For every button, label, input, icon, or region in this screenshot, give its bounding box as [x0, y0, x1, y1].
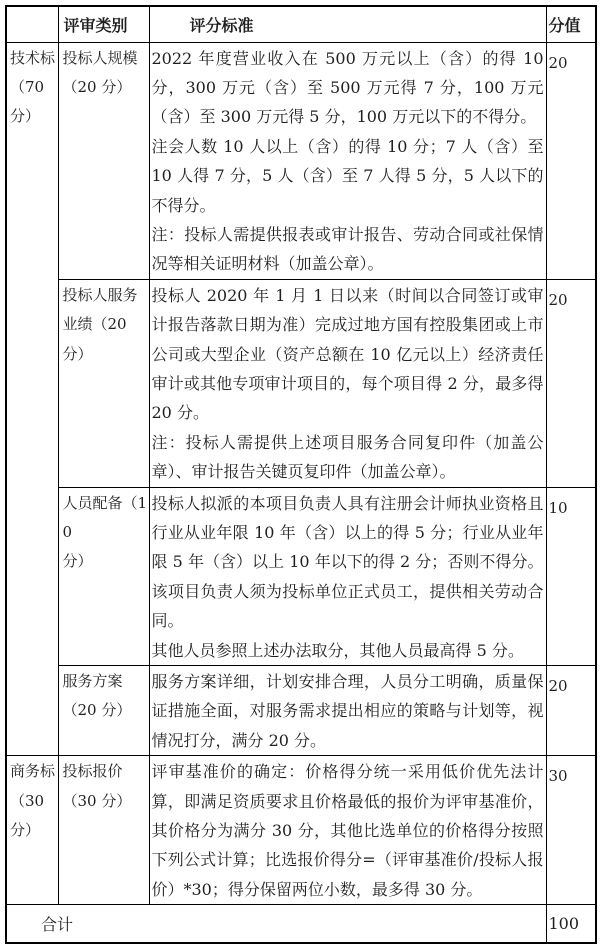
criteria-cell-staffing: 投标人拟派的本项目负责人具有注册会计师执业资格且行业从业年限 10 年（含）以上… [149, 487, 546, 665]
criteria-cell-bidder-scale: 2022 年度营业收入在 500 万元以上（含）的得 10 分，300 万元（含… [149, 42, 546, 279]
table-row-bidder-scale: 技术标 （70 分） 投标人规模 （20 分） 2022 年度营业收入在 500… [6, 42, 596, 279]
category-cell-commercial: 商务标 （30 分） [6, 756, 58, 905]
total-label: 合计 [6, 905, 546, 943]
type-cell-bidder-scale: 投标人规模 （20 分） [58, 42, 149, 279]
score-cell-bid-price: 30 [546, 756, 596, 905]
criteria-cell-bid-price: 评审基准价的确定：价格得分统一采用低价优先法计算，即满足资质要求且价格最低的报价… [149, 756, 546, 905]
document-page: 评审类别 评分标准 分值 技术标 （70 分） 投标人规模 （20 分） 202… [0, 0, 600, 849]
header-cell-category: 评审类别 [58, 6, 149, 42]
table-header-row: 评审类别 评分标准 分值 [6, 6, 596, 42]
type-cell-service-performance: 投标人服务 业绩（20 分） [58, 279, 149, 487]
score-cell-service-performance: 20 [546, 279, 596, 487]
category-cell-technical: 技术标 （70 分） [6, 42, 58, 756]
table-row-service-performance: 投标人服务 业绩（20 分） 投标人 2020 年 1 月 1 日以来（时间以合… [6, 279, 596, 487]
type-cell-bid-price: 投标报价 （30 分） [58, 756, 149, 905]
score-cell-bidder-scale: 20 [546, 42, 596, 279]
criteria-cell-service-performance: 投标人 2020 年 1 月 1 日以来（时间以合同签订或审计报告落款日期为准）… [149, 279, 546, 487]
table-row-bid-price: 商务标 （30 分） 投标报价 （30 分） 评审基准价的确定：价格得分统一采用… [6, 756, 596, 905]
type-cell-staffing: 人员配备（10 分） [58, 487, 149, 665]
header-cell-score: 分值 [546, 6, 596, 42]
type-cell-service-plan: 服务方案 （20 分） [58, 666, 149, 756]
table-row-total: 合计 100 [6, 905, 596, 943]
total-score: 100 [546, 905, 596, 943]
criteria-cell-service-plan: 服务方案详细，计划安排合理，人员分工明确，质量保证措施全面，对服务需求提出相应的… [149, 666, 546, 756]
table-row-staffing: 人员配备（10 分） 投标人拟派的本项目负责人具有注册会计师执业资格且行业从业年… [6, 487, 596, 665]
header-cell-empty [6, 6, 58, 42]
evaluation-criteria-table: 评审类别 评分标准 分值 技术标 （70 分） 投标人规模 （20 分） 202… [5, 5, 597, 944]
score-cell-staffing: 10 [546, 487, 596, 665]
header-cell-criteria: 评分标准 [149, 6, 546, 42]
score-cell-service-plan: 20 [546, 666, 596, 756]
table-row-service-plan: 服务方案 （20 分） 服务方案详细，计划安排合理，人员分工明确，质量保证措施全… [6, 666, 596, 756]
